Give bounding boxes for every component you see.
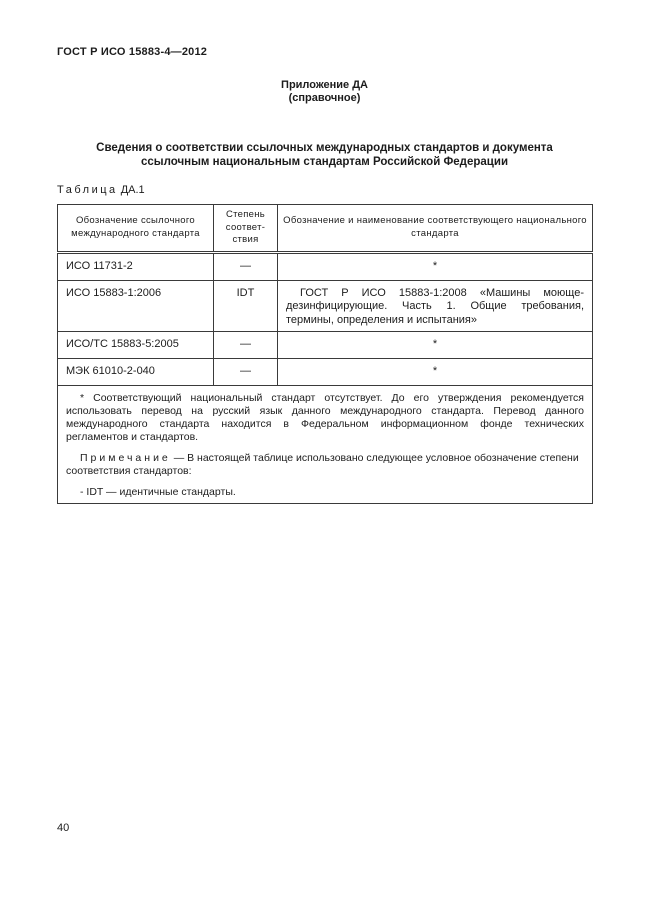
- section-title: Сведения о соответствии ссылочных междун…: [57, 141, 592, 169]
- footnote-note: Примечание — В настоящей таблице использ…: [66, 452, 584, 478]
- cell-degree: IDT: [214, 280, 278, 332]
- table-label-number: ДА.1: [121, 184, 145, 196]
- table-footnote-cell: * Соответствующий национальный стандарт …: [58, 386, 593, 504]
- cell-national-standard: *: [278, 252, 593, 280]
- correspondence-table: Обозначение ссылочного международного ст…: [57, 204, 593, 504]
- section-title-line2: ссылочным национальным стандартам Россий…: [57, 155, 592, 169]
- national-standard-text: ГОСТ Р ИСО 15883-1:2008 «Машины моюще-де…: [286, 287, 584, 328]
- footnote-asterisk-text: * Соответствующий национальный стандарт …: [66, 392, 584, 444]
- cell-intl-standard: ИСО/ТС 15883-5:2005: [58, 332, 214, 359]
- page-content: ГОСТ Р ИСО 15883-4—2012 Приложение ДА (с…: [0, 0, 646, 504]
- cell-intl-standard: МЭК 61010-2-040: [58, 359, 214, 386]
- table-label-word: Таблица: [57, 184, 118, 196]
- cell-intl-standard: ИСО 11731-2: [58, 252, 214, 280]
- appendix-title: Приложение ДА: [57, 79, 592, 92]
- footnote-note-word: Примечание: [80, 452, 171, 464]
- cell-national-standard: ГОСТ Р ИСО 15883-1:2008 «Машины моюще-де…: [278, 280, 593, 332]
- col-header-degree: Степень соответ-ствия: [214, 205, 278, 253]
- table-row: МЭК 61010-2-040 — *: [58, 359, 593, 386]
- appendix-subtitle: (справочное): [57, 92, 592, 105]
- cell-intl-standard: ИСО 15883-1:2006: [58, 280, 214, 332]
- cell-degree: —: [214, 359, 278, 386]
- cell-degree: —: [214, 332, 278, 359]
- cell-national-standard: *: [278, 359, 593, 386]
- col-header-national-standard: Обозначение и наименование соответствующ…: [278, 205, 593, 253]
- section-title-line1: Сведения о соответствии ссылочных междун…: [57, 141, 592, 155]
- document-header: ГОСТ Р ИСО 15883-4—2012: [57, 46, 592, 58]
- col-header-international-standard: Обозначение ссылочного международного ст…: [58, 205, 214, 253]
- cell-degree: —: [214, 252, 278, 280]
- document-page: ГОСТ Р ИСО 15883-4—2012 Приложение ДА (с…: [0, 0, 646, 913]
- table-row: ИСО 11731-2 — *: [58, 252, 593, 280]
- page-number: 40: [57, 822, 69, 834]
- table-body: ИСО 11731-2 — * ИСО 15883-1:2006 IDT ГОС…: [58, 252, 593, 504]
- footnote-idt-line: - IDT — идентичные стандарты.: [66, 486, 584, 499]
- table-header: Обозначение ссылочного международного ст…: [58, 205, 593, 253]
- cell-national-standard: *: [278, 332, 593, 359]
- table-label: Таблица ДА.1: [57, 184, 592, 196]
- table-header-row: Обозначение ссылочного международного ст…: [58, 205, 593, 253]
- appendix-heading: Приложение ДА (справочное): [57, 79, 592, 105]
- table-footnote-row: * Соответствующий национальный стандарт …: [58, 386, 593, 504]
- table-row: ИСО/ТС 15883-5:2005 — *: [58, 332, 593, 359]
- table-row: ИСО 15883-1:2006 IDT ГОСТ Р ИСО 15883-1:…: [58, 280, 593, 332]
